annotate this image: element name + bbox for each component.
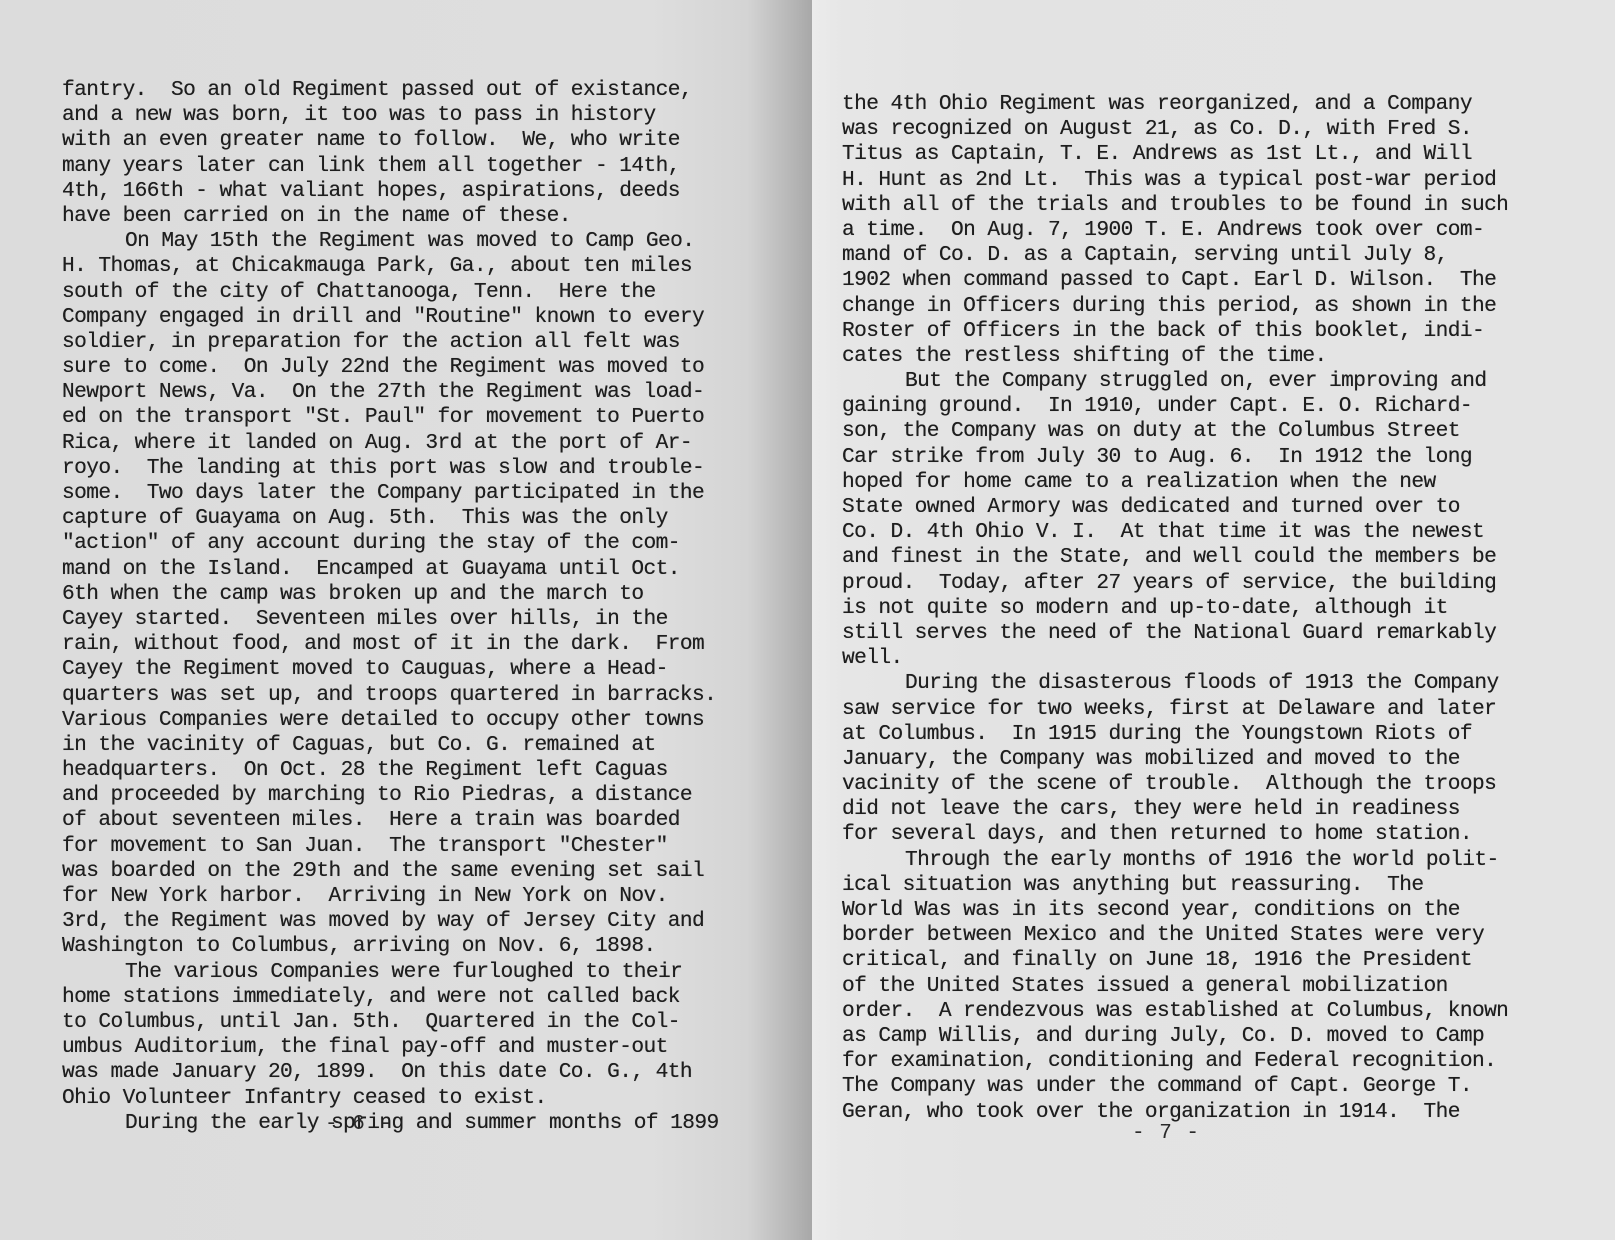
text-line: mand of Co. D. as a Captain, serving unt… (842, 243, 1508, 268)
text-line: home stations immediately, and were not … (62, 985, 719, 1010)
text-line: 1902 when command passed to Capt. Earl D… (842, 268, 1508, 293)
text-line: to Columbus, until Jan. 5th. Quartered i… (62, 1010, 719, 1035)
text-line: change in Officers during this period, a… (842, 294, 1508, 319)
text-line: of the United States issued a general mo… (842, 974, 1508, 999)
paragraph-start-line: The various Companies were furloughed to… (62, 960, 719, 985)
text-line: border between Mexico and the United Sta… (842, 923, 1508, 948)
text-line: royo. The landing at this port was slow … (62, 456, 719, 481)
text-line: some. Two days later the Company partici… (62, 481, 719, 506)
text-line: Car strike from July 30 to Aug. 6. In 19… (842, 445, 1508, 470)
text-line: Rica, where it landed on Aug. 3rd at the… (62, 431, 719, 456)
text-line: was recognized on August 21, as Co. D., … (842, 117, 1508, 142)
text-line: of about seventeen miles. Here a train w… (62, 808, 719, 833)
text-line: ical situation was anything but reassuri… (842, 873, 1508, 898)
text-line: Titus as Captain, T. E. Andrews as 1st L… (842, 142, 1508, 167)
text-line: Company engaged in drill and "Routine" k… (62, 305, 719, 330)
text-line: headquarters. On Oct. 28 the Regiment le… (62, 758, 719, 783)
text-line: 3rd, the Regiment was moved by way of Je… (62, 909, 719, 934)
text-line: quarters was set up, and troops quartere… (62, 683, 719, 708)
text-line: at Columbus. In 1915 during the Youngsto… (842, 722, 1508, 747)
text-line: capture of Guayama on Aug. 5th. This was… (62, 506, 719, 531)
paragraph-start-line: Through the early months of 1916 the wor… (842, 848, 1508, 873)
text-line: many years later can link them all toget… (62, 154, 719, 179)
text-line: 4th, 166th - what valiant hopes, aspirat… (62, 179, 719, 204)
right-page-body: the 4th Ohio Regiment was reorganized, a… (842, 92, 1508, 1125)
text-line: January, the Company was mobilized and m… (842, 747, 1508, 772)
text-line: State owned Armory was dedicated and tur… (842, 495, 1508, 520)
paragraph-start-line: On May 15th the Regiment was moved to Ca… (62, 229, 719, 254)
text-line: for several days, and then returned to h… (842, 822, 1508, 847)
text-line: did not leave the cars, they were held i… (842, 797, 1508, 822)
text-line: proud. Today, after 27 years of service,… (842, 571, 1508, 596)
paragraph-start-line: During the disasterous floods of 1913 th… (842, 671, 1508, 696)
text-line: with all of the trials and troubles to b… (842, 193, 1508, 218)
text-line: saw service for two weeks, first at Dela… (842, 697, 1508, 722)
text-line: 6th when the camp was broken up and the … (62, 582, 719, 607)
text-line: vacinity of the scene of trouble. Althou… (842, 772, 1508, 797)
text-line: south of the city of Chattanooga, Tenn. … (62, 280, 719, 305)
text-line: was made January 20, 1899. On this date … (62, 1060, 719, 1085)
text-line: The Company was under the command of Cap… (842, 1074, 1508, 1099)
text-line: Co. D. 4th Ohio V. I. At that time it wa… (842, 520, 1508, 545)
text-line: son, the Company was on duty at the Colu… (842, 419, 1508, 444)
text-line: the 4th Ohio Regiment was reorganized, a… (842, 92, 1508, 117)
text-line: with an even greater name to follow. We,… (62, 128, 719, 153)
text-line: and proceeded by marching to Rio Piedras… (62, 783, 719, 808)
text-line: in the vacinity of Caguas, but Co. G. re… (62, 733, 719, 758)
text-line: Cayey the Regiment moved to Cauguas, whe… (62, 657, 719, 682)
left-page-number: - 6 - (325, 1113, 393, 1136)
text-line: well. (842, 646, 1508, 671)
text-line: for examination, conditioning and Federa… (842, 1049, 1508, 1074)
text-line: gaining ground. In 1910, under Capt. E. … (842, 394, 1508, 419)
right-page: the 4th Ohio Regiment was reorganized, a… (812, 0, 1615, 1240)
text-line: Washington to Columbus, arriving on Nov.… (62, 934, 719, 959)
text-line: have been carried on in the name of thes… (62, 204, 719, 229)
text-line: as Camp Willis, and during July, Co. D. … (842, 1024, 1508, 1049)
booklet-spread: fantry. So an old Regiment passed out of… (0, 0, 1615, 1240)
text-line: is not quite so modern and up-to-date, a… (842, 596, 1508, 621)
text-line: for movement to San Juan. The transport … (62, 834, 719, 859)
text-line: for New York harbor. Arriving in New Yor… (62, 884, 719, 909)
text-line: World Was was in its second year, condit… (842, 898, 1508, 923)
text-line: Various Companies were detailed to occup… (62, 708, 719, 733)
text-line: fantry. So an old Regiment passed out of… (62, 78, 719, 103)
paragraph-start-line: But the Company struggled on, ever impro… (842, 369, 1508, 394)
text-line: mand on the Island. Encamped at Guayama … (62, 557, 719, 582)
text-line: Roster of Officers in the back of this b… (842, 319, 1508, 344)
text-line: was boarded on the 29th and the same eve… (62, 859, 719, 884)
text-line: critical, and finally on June 18, 1916 t… (842, 948, 1508, 973)
text-line: cates the restless shifting of the time. (842, 344, 1508, 369)
text-line: H. Hunt as 2nd Lt. This was a typical po… (842, 168, 1508, 193)
text-line: Geran, who took over the organization in… (842, 1100, 1508, 1125)
text-line: a time. On Aug. 7, 1900 T. E. Andrews to… (842, 218, 1508, 243)
text-line: ed on the transport "St. Paul" for movem… (62, 405, 719, 430)
text-line: "action" of any account during the stay … (62, 531, 719, 556)
left-page-body: fantry. So an old Regiment passed out of… (62, 78, 719, 1136)
text-line: soldier, in preparation for the action a… (62, 330, 719, 355)
text-line: Newport News, Va. On the 27th the Regime… (62, 380, 719, 405)
text-line: still serves the need of the National Gu… (842, 621, 1508, 646)
text-line: H. Thomas, at Chicakmauga Park, Ga., abo… (62, 254, 719, 279)
text-line: and finest in the State, and well could … (842, 545, 1508, 570)
text-line: Cayey started. Seventeen miles over hill… (62, 607, 719, 632)
text-line: Ohio Volunteer Infantry ceased to exist. (62, 1086, 719, 1111)
left-page: fantry. So an old Regiment passed out of… (0, 0, 812, 1240)
right-page-number: - 7 - (1132, 1122, 1200, 1145)
text-line: umbus Auditorium, the final pay-off and … (62, 1035, 719, 1060)
text-line: hoped for home came to a realization whe… (842, 470, 1508, 495)
text-line: and a new was born, it too was to pass i… (62, 103, 719, 128)
text-line: rain, without food, and most of it in th… (62, 632, 719, 657)
text-line: sure to come. On July 22nd the Regiment … (62, 355, 719, 380)
text-line: order. A rendezvous was established at C… (842, 999, 1508, 1024)
